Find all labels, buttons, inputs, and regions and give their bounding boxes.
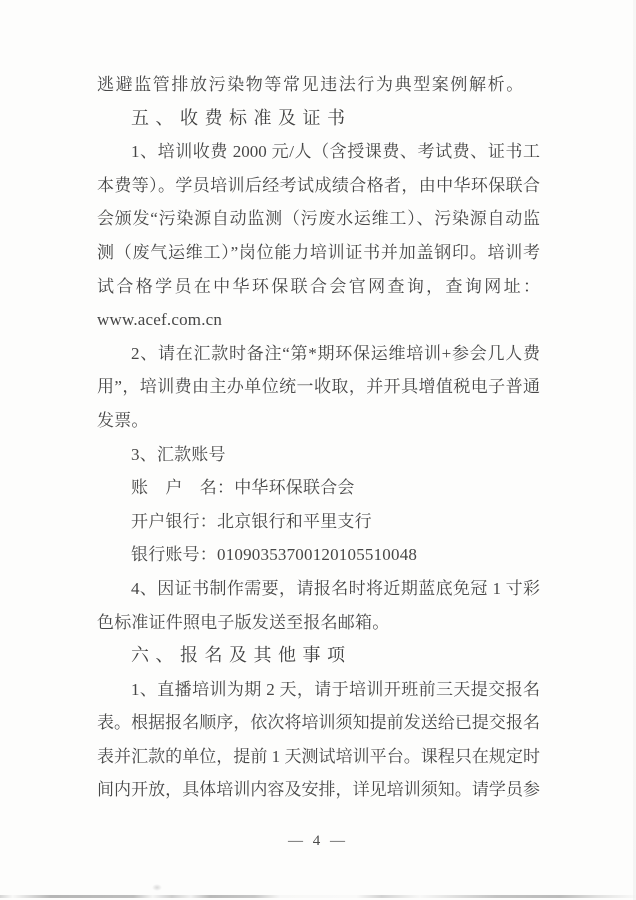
section-heading: 五、收费标准及证书	[97, 102, 540, 136]
document-line: 间内开放，具体培训内容及安排，详见培训须知。请学员参	[97, 773, 540, 807]
document-line: 2、请在汇款时备注“第*期环保运维培训+参会几人费	[97, 337, 540, 371]
document-line: 用”，培训费由主办单位统一收取，并开具增值税电子普通	[97, 370, 540, 404]
document-line: 发票。	[97, 404, 540, 438]
document-line: 1、直播培训为期 2 天，请于培训开班前三天提交报名	[97, 673, 540, 707]
page-number: — 4 —	[0, 833, 636, 850]
scan-edge-shadow-bottom	[0, 895, 636, 898]
document-line: 试合格学员在中华环保联合会官网查询，查询网址：	[97, 270, 540, 304]
document-line: 1、培训收费 2000 元/人（含授课费、考试费、证书工	[97, 135, 540, 169]
document-page: 逃避监管排放污染物等常见违法行为典型案例解析。五、收费标准及证书1、培训收费 2…	[0, 0, 636, 900]
document-line: 表并汇款的单位，提前 1 天测试培训平台。课程只在规定时	[97, 740, 540, 774]
document-line: 4、因证书制作需要，请报名时将近期蓝底免冠 1 寸彩	[97, 572, 540, 606]
document-line: 表。根据报名顺序，依次将培训须知提前发送给已提交报名	[97, 706, 540, 740]
document-line: 逃避监管排放污染物等常见违法行为典型案例解析。	[97, 68, 540, 102]
section-heading: 六、报名及其他事项	[97, 639, 540, 673]
text-block: 逃避监管排放污染物等常见违法行为典型案例解析。五、收费标准及证书1、培训收费 2…	[97, 68, 540, 807]
document-line: 3、汇款账号	[97, 438, 540, 472]
document-line: 会颁发“污染源自动监测（污废水运维工）、污染源自动监	[97, 202, 540, 236]
scan-smudge	[152, 884, 162, 891]
document-line: 本费等）。学员培训后经考试成绩合格者，由中华环保联合	[97, 169, 540, 203]
document-line: 测（废气运维工）”岗位能力培训证书并加盖钢印。培训考	[97, 236, 540, 270]
document-line: 开户银行：北京银行和平里支行	[97, 505, 540, 539]
document-line: 银行账号：01090353700120105510048	[97, 538, 540, 572]
document-line: www.acef.com.cn	[97, 303, 540, 337]
document-line: 色标准证件照电子版发送至报名邮箱。	[97, 606, 540, 640]
document-line: 账 户 名：中华环保联合会	[97, 471, 540, 505]
